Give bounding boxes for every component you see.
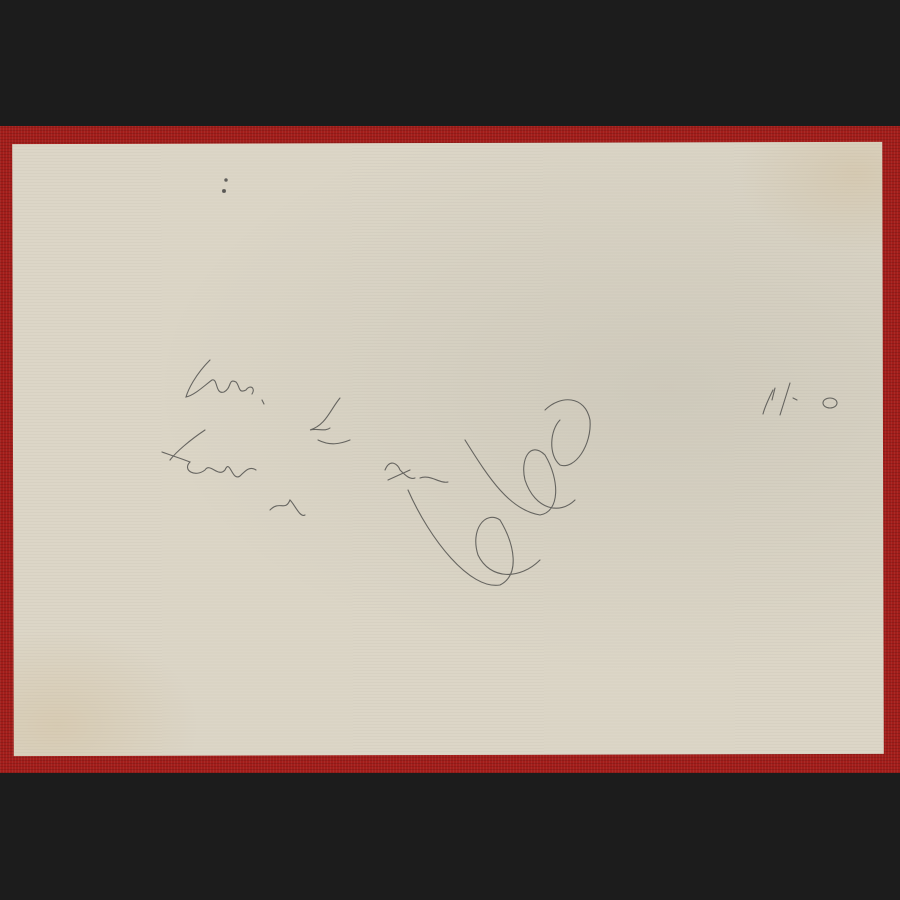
pencil-markings <box>0 0 900 900</box>
bottom-black-bar <box>0 773 900 900</box>
